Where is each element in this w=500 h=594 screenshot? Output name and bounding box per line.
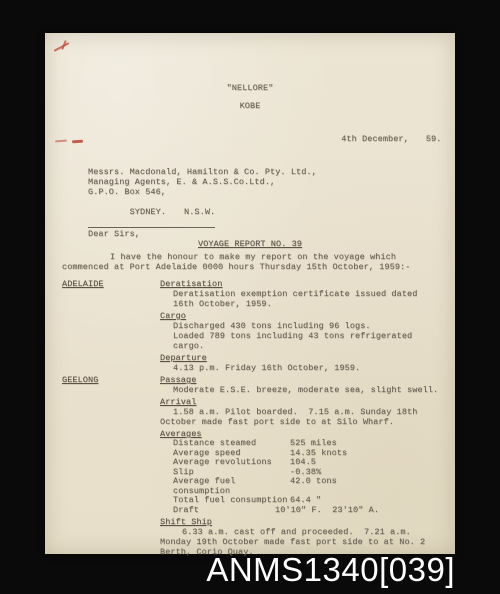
body-line: Discharged 430 tons including 96 logs. [160,321,449,331]
subsection-heading: Cargo [160,311,449,321]
body-line: October made fast port side to at Silo W… [160,417,449,427]
intro-line: commenced at Port Adelaide 0000 hours Th… [62,262,449,272]
address-city: SYDNEY. [130,207,166,217]
salutation: Dear Sirs, [88,229,140,239]
subsection-heading: Deratisation [160,279,449,289]
section-adelaide: ADELAIDE Deratisation Deratisation exemp… [62,279,449,373]
subsection-departure: Departure 4.13 p.m. Friday 16th October,… [160,353,449,373]
archive-caption: ANMS1340[039] [206,551,455,589]
report-title: VOYAGE REPORT NO. 39 [45,239,455,249]
red-margin-dash [72,140,83,144]
photo-background: "NELLORE" KOBE 4th December,59. Messrs. … [0,0,500,594]
body-line: Monday 19th October made fast port side … [160,537,449,547]
address-line: Managing Agents, E. & A.S.S.Co.Ltd., [88,177,317,187]
year: 59. [426,134,442,144]
subsection-deratisation: Deratisation Deratisation exemption cert… [160,279,449,309]
avg-value: 42.0 tons [290,477,337,496]
body-line: 1.58 a.m. Pilot boarded. 7.15 a.m. Sunda… [160,407,449,417]
avg-label: Draft [173,506,275,516]
subsection-heading: Passage [160,375,449,385]
address-line: G.P.O. Box 546, [88,187,317,197]
subsection-heading: Shift Ship [160,517,449,527]
subsection-passage: Passage Moderate E.S.E. breeze, moderate… [160,375,449,395]
date: 4th December, [341,134,409,144]
address-state: N.S.W. [184,207,215,217]
section-port-label: ADELAIDE [62,279,104,289]
red-margin-dash [55,140,67,143]
intro-line: I have the honour to make my report on t… [62,252,449,262]
averages-row: Average fuel consumption42.0 tons [160,477,449,496]
ship-name: "NELLORE" [45,83,455,93]
body-line: 16th October, 1959. [160,299,449,309]
body-line: 4.13 p.m. Friday 16th October, 1959. [160,363,449,373]
avg-label: Average fuel consumption [173,477,290,496]
subsection-heading: Departure [160,353,449,363]
body-line: Moderate E.S.E. breeze, moderate sea, sl… [160,385,449,395]
address-line: Messrs. Macdonald, Hamilton & Co. Pty. L… [88,167,317,177]
averages-row-draft: Draft10'10" F. 23'10" A. [160,506,449,516]
section-port-label: GEELONG [62,375,98,385]
date-line: 4th December,59. [310,124,441,154]
report-sections: ADELAIDE Deratisation Deratisation exemp… [62,279,449,559]
section-geelong: GEELONG Passage Moderate E.S.E. breeze, … [62,375,449,557]
port-of-writing: KOBE [45,101,455,111]
document-page: "NELLORE" KOBE 4th December,59. Messrs. … [45,33,455,554]
body-line: 6.33 a.m. cast off and proceeded. 7.21 a… [160,527,449,537]
address-block: Messrs. Macdonald, Hamilton & Co. Pty. L… [88,167,317,228]
subsection-cargo: Cargo Discharged 430 tons including 96 l… [160,311,449,351]
subsection-averages: Averages Distance steamed525 miles Avera… [160,429,449,515]
body-line: cargo. [160,341,449,351]
address-city-line: SYDNEY.N.S.W. [88,197,215,228]
body-line: Loaded 789 tons including 43 tons refrig… [160,331,449,341]
subsection-arrival: Arrival 1.58 a.m. Pilot boarded. 7.15 a.… [160,397,449,427]
avg-value: 10'10" F. 23'10" A. [275,506,379,516]
intro-paragraph: I have the honour to make my report on t… [62,252,449,272]
subsection-heading: Arrival [160,397,449,407]
body-line: Deratisation exemption certificate issue… [160,289,449,299]
